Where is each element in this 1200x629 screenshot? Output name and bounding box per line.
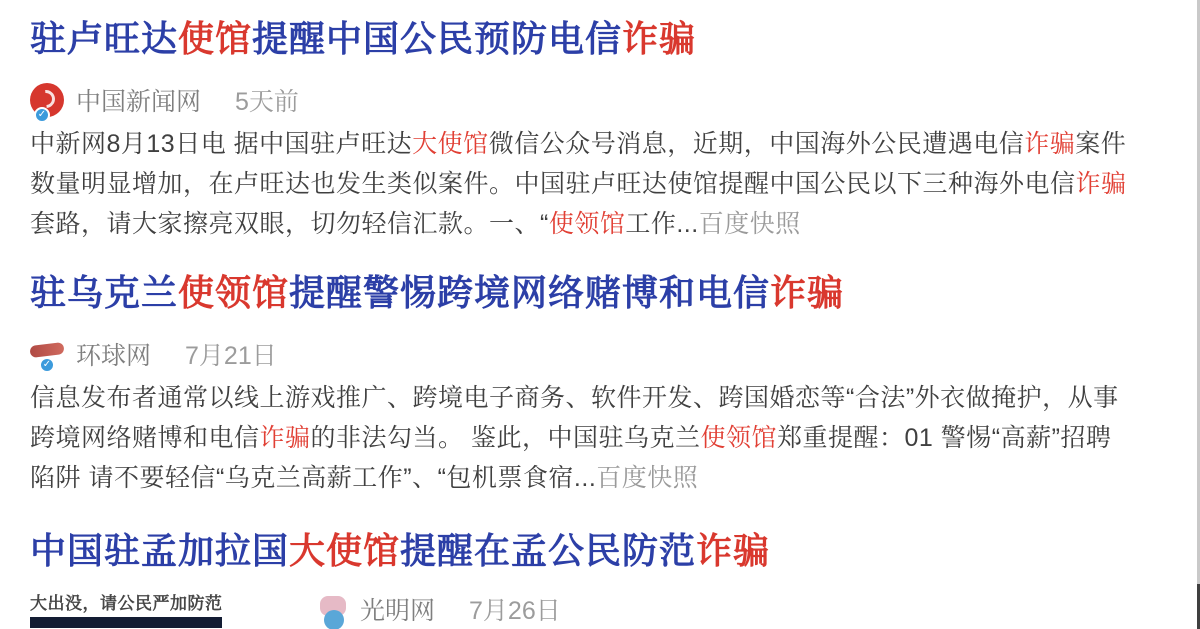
result-title-link[interactable]: 中国驻孟加拉国大使馆提醒在孟公民防范诈骗 bbox=[30, 528, 1200, 574]
china-news-logo-icon: ✓ bbox=[30, 83, 64, 117]
search-result: 驻卢旺达使馆提醒中国公民预防电信诈骗 ✓ 中国新闻网 5天前 中新网8月13日电… bbox=[30, 16, 1200, 244]
publish-time: 5天前 bbox=[235, 82, 299, 118]
snippet-line: 套路，请大家擦亮双眼，切勿轻信汇款。一、“使领馆工作...百度快照 bbox=[30, 204, 1200, 244]
snippet-line: 跨境网络赌博和电信诈骗的非法勾当。 鉴此，中国驻乌克兰使领馆郑重提醒：01 警惕… bbox=[30, 418, 1200, 458]
result-thumbnail[interactable]: 大出没，请公民严加防范 bbox=[30, 594, 225, 628]
result-title-link[interactable]: 驻乌克兰使领馆提醒警惕跨境网络赌博和电信诈骗 bbox=[30, 270, 1200, 316]
search-results-page: 驻卢旺达使馆提醒中国公民预防电信诈骗 ✓ 中国新闻网 5天前 中新网8月13日电… bbox=[0, 0, 1200, 629]
source-name: 环球网 bbox=[76, 336, 151, 372]
snippet-text: 套路，请大家擦亮双眼，切勿轻信汇款。一、“ bbox=[30, 210, 549, 238]
snippet-text: 陷阱 请不要轻信“乌克兰高薪工作”、“包机票食宿... bbox=[30, 464, 596, 492]
title-segment: 提醒警惕跨境网络赌博和电信 bbox=[289, 272, 770, 313]
snippet-text: 微信公众号消息，近期，中国海外公民遭遇电信 bbox=[489, 130, 1025, 158]
baidu-cache-link[interactable]: 百度快照 bbox=[596, 464, 698, 492]
snippet-highlight: 诈骗 bbox=[260, 424, 311, 452]
search-result: 中国驻孟加拉国大使馆提醒在孟公民防范诈骗 大出没，请公民严加防范 光明网 7月2… bbox=[30, 528, 1200, 628]
snippet-text: 工作... bbox=[625, 210, 698, 238]
title-segment: 驻乌克兰 bbox=[30, 272, 178, 313]
title-segment: 驻卢旺达 bbox=[30, 18, 178, 59]
result-snippet: 中新网8月13日电 据中国驻卢旺达大使馆微信公众号消息，近期，中国海外公民遭遇电… bbox=[30, 124, 1200, 244]
snippet-text: 中新网8月13日电 据中国驻卢旺达 bbox=[30, 130, 412, 158]
title-highlight: 使馆 bbox=[178, 18, 252, 59]
snippet-highlight: 使领馆 bbox=[549, 210, 626, 238]
snippet-highlight: 诈骗 bbox=[1024, 130, 1075, 158]
title-highlight: 使领馆 bbox=[178, 272, 289, 313]
source-row: 光明网 7月26日 bbox=[318, 594, 561, 624]
snippet-text: 数量明显增加，在卢旺达也发生类似案件。中国驻卢旺达使馆提醒中国公民以下三种海外电… bbox=[30, 170, 1076, 198]
title-highlight: 诈骗 bbox=[622, 18, 696, 59]
search-result: 驻乌克兰使领馆提醒警惕跨境网络赌博和电信诈骗 ✓ 环球网 7月21日 信息发布者… bbox=[30, 270, 1200, 498]
title-segment: 提醒中国公民预防电信 bbox=[252, 18, 622, 59]
source-name: 光明网 bbox=[360, 591, 435, 627]
snippet-text: 跨境网络赌博和电信 bbox=[30, 424, 260, 452]
snippet-line: 信息发布者通常以线上游戏推广、跨境电子商务、软件开发、跨国婚恋等“合法”外衣做掩… bbox=[30, 378, 1200, 418]
result-title-link[interactable]: 驻卢旺达使馆提醒中国公民预防电信诈骗 bbox=[30, 16, 1200, 62]
thumbnail-caption: 大出没，请公民严加防范 bbox=[30, 594, 225, 614]
snippet-highlight: 诈骗 bbox=[1076, 170, 1127, 198]
source-row: ✓ 环球网 7月21日 bbox=[30, 336, 1200, 372]
snippet-text: 案件 bbox=[1075, 130, 1126, 158]
title-segment: 中国驻孟加拉国 bbox=[30, 530, 289, 571]
publish-time: 7月21日 bbox=[185, 336, 277, 372]
title-highlight: 诈骗 bbox=[770, 272, 844, 313]
source-name: 中国新闻网 bbox=[76, 82, 201, 118]
source-row: ✓ 中国新闻网 5天前 bbox=[30, 82, 1200, 118]
result-snippet: 信息发布者通常以线上游戏推广、跨境电子商务、软件开发、跨国婚恋等“合法”外衣做掩… bbox=[30, 378, 1200, 498]
snippet-line: 中新网8月13日电 据中国驻卢旺达大使馆微信公众号消息，近期，中国海外公民遭遇电… bbox=[30, 124, 1200, 164]
thumbnail-dark-bar bbox=[30, 617, 222, 628]
title-segment: 提醒在孟公民防范 bbox=[400, 530, 696, 571]
logo-band bbox=[29, 342, 64, 358]
snippet-text: 郑重提醒：01 警惕“高薪”招聘 bbox=[777, 424, 1111, 452]
snippet-text: 的非法勾当。 鉴此，中国驻乌克兰 bbox=[311, 424, 701, 452]
result-bottom-row: 大出没，请公民严加防范 光明网 7月26日 bbox=[30, 594, 1200, 628]
title-highlight: 大使馆 bbox=[289, 530, 400, 571]
snippet-highlight: 大使馆 bbox=[412, 130, 489, 158]
verified-check-icon: ✓ bbox=[39, 357, 55, 373]
huanqiu-logo-icon: ✓ bbox=[30, 337, 64, 371]
snippet-line: 数量明显增加，在卢旺达也发生类似案件。中国驻卢旺达使馆提醒中国公民以下三种海外电… bbox=[30, 164, 1200, 204]
logo-arc bbox=[324, 610, 344, 629]
verified-check-icon: ✓ bbox=[34, 107, 50, 123]
snippet-text: 信息发布者通常以线上游戏推广、跨境电子商务、软件开发、跨国婚恋等“合法”外衣做掩… bbox=[30, 384, 1119, 412]
snippet-line: 陷阱 请不要轻信“乌克兰高薪工作”、“包机票食宿...百度快照 bbox=[30, 458, 1200, 498]
gmw-logo-icon bbox=[318, 594, 348, 624]
snippet-highlight: 使领馆 bbox=[700, 424, 777, 452]
publish-time: 7月26日 bbox=[469, 591, 561, 627]
title-highlight: 诈骗 bbox=[696, 530, 770, 571]
baidu-cache-link[interactable]: 百度快照 bbox=[699, 210, 801, 238]
